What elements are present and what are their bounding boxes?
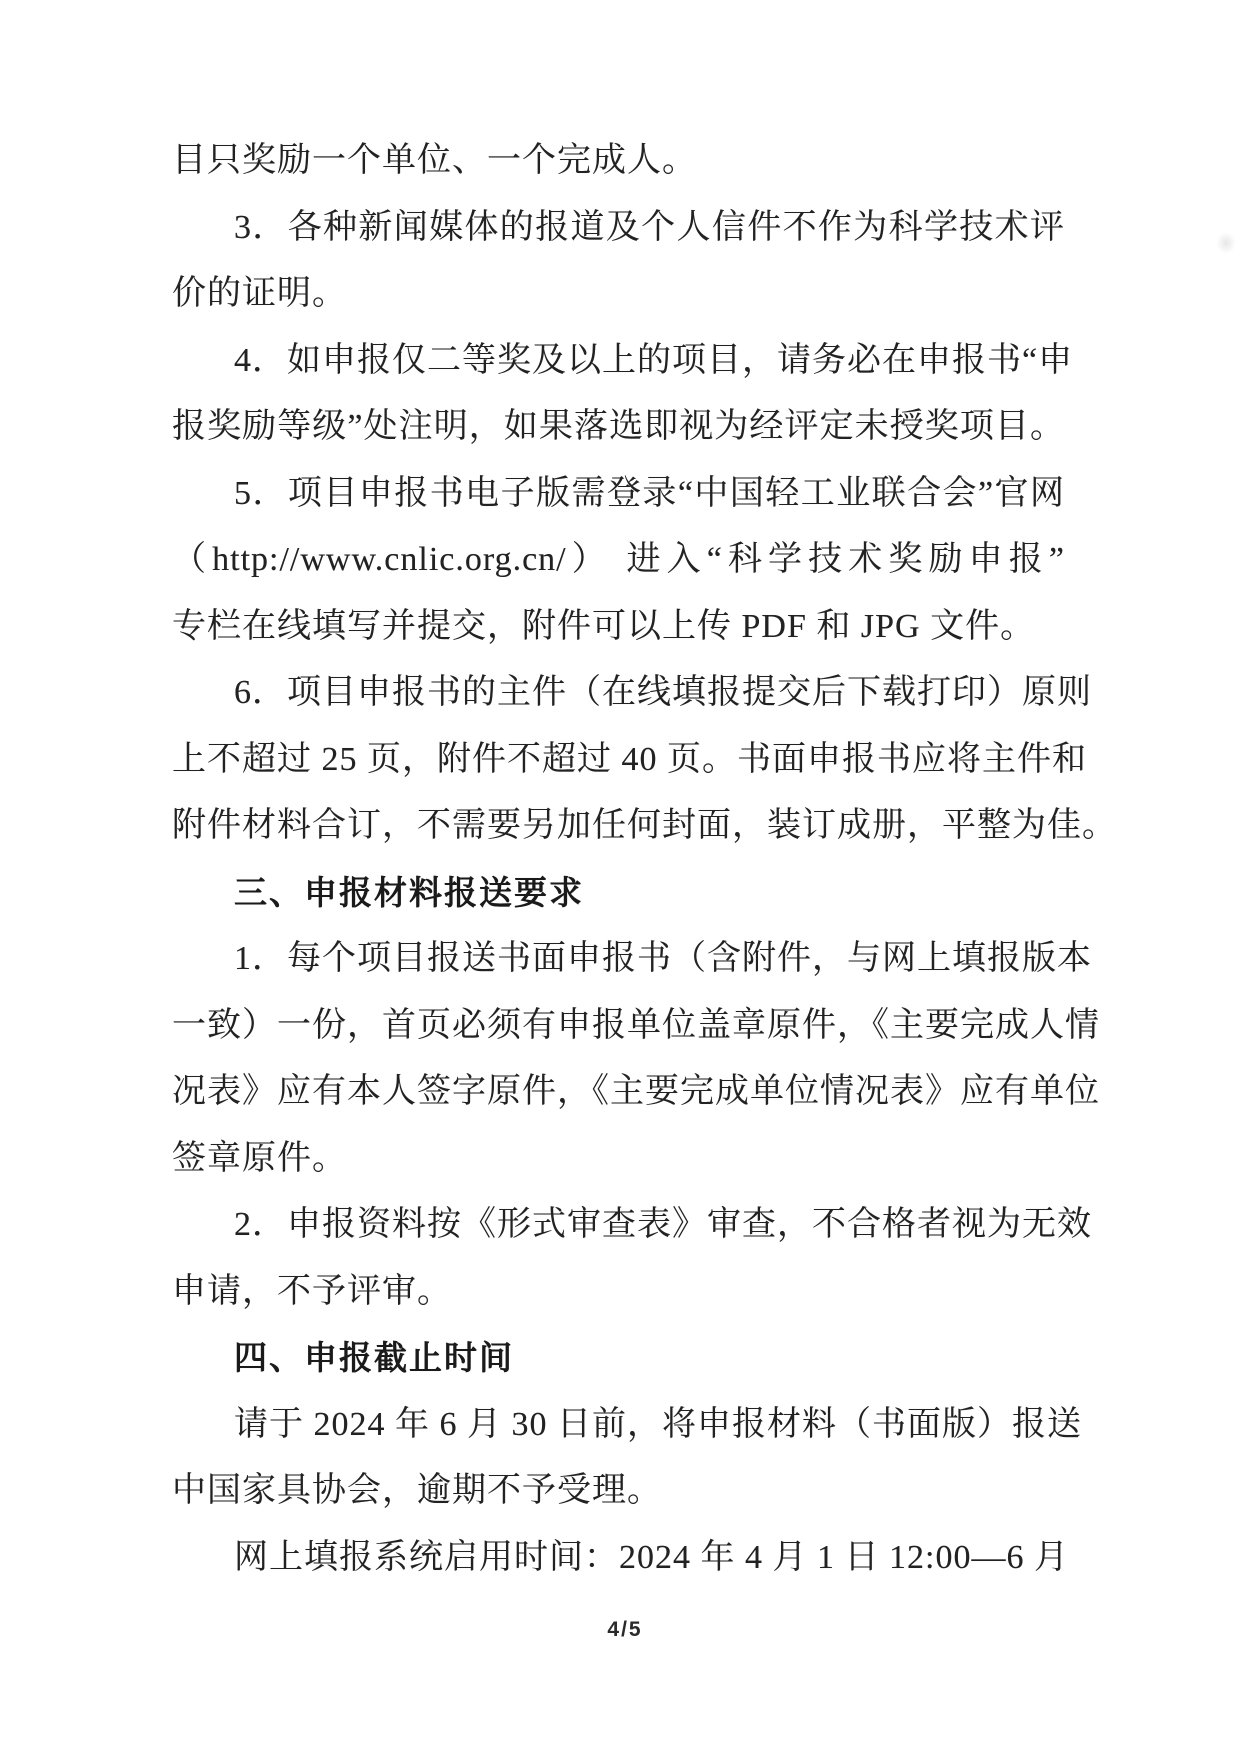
page-number: 4/5 xyxy=(607,1618,642,1641)
page-footer: 4/5 xyxy=(0,1618,1239,1642)
text-line: 上不超过 25 页，附件不超过 40 页。书面申报书应将主件和 xyxy=(172,727,1065,794)
document-page: 目只奖励一个单位、一个完成人。3．各种新闻媒体的报道及个人信件不作为科学技术评价… xyxy=(0,0,1239,1752)
text-line: 中国家具协会，逾期不予受理。 xyxy=(172,1458,1065,1525)
text-line: 2．申报资料按《形式审查表》审查，不合格者视为无效 xyxy=(172,1192,1065,1259)
document-body: 目只奖励一个单位、一个完成人。3．各种新闻媒体的报道及个人信件不作为科学技术评价… xyxy=(172,128,1065,1591)
text-line: 况表》应有本人签字原件，《主要完成单位情况表》应有单位 xyxy=(172,1059,1065,1126)
text-line: （http://www.cnlic.org.cn/） 进入“科学技术奖励申报” xyxy=(172,527,1065,594)
text-line: 4．如申报仅二等奖及以上的项目，请务必在申报书“申 xyxy=(172,328,1065,395)
text-line: 价的证明。 xyxy=(172,261,1065,328)
text-line: 1．每个项目报送书面申报书（含附件，与网上填报版本 xyxy=(172,926,1065,993)
text-line: 请于 2024 年 6 月 30 日前，将申报材料（书面版）报送 xyxy=(172,1392,1065,1459)
text-line: 5．项目申报书电子版需登录“中国轻工业联合会”官网 xyxy=(172,461,1065,528)
text-line: 目只奖励一个单位、一个完成人。 xyxy=(172,128,1065,195)
section-heading: 四、申报截止时间 xyxy=(172,1325,1065,1392)
scan-artifact xyxy=(1216,232,1236,254)
section-heading: 三、申报材料报送要求 xyxy=(172,860,1065,927)
text-line: 网上填报系统启用时间：2024 年 4 月 1 日 12:00—6 月 xyxy=(172,1525,1065,1592)
text-line: 附件材料合订，不需要另加任何封面，装订成册，平整为佳。 xyxy=(172,793,1065,860)
text-line: 一致）一份，首页必须有申报单位盖章原件，《主要完成人情 xyxy=(172,993,1065,1060)
text-line: 申请，不予评审。 xyxy=(172,1259,1065,1326)
text-line: 签章原件。 xyxy=(172,1126,1065,1193)
text-line: 3．各种新闻媒体的报道及个人信件不作为科学技术评 xyxy=(172,195,1065,262)
text-line: 6．项目申报书的主件（在线填报提交后下载打印）原则 xyxy=(172,660,1065,727)
text-line: 专栏在线填写并提交，附件可以上传 PDF 和 JPG 文件。 xyxy=(172,594,1065,661)
text-line: 报奖励等级”处注明，如果落选即视为经评定未授奖项目。 xyxy=(172,394,1065,461)
